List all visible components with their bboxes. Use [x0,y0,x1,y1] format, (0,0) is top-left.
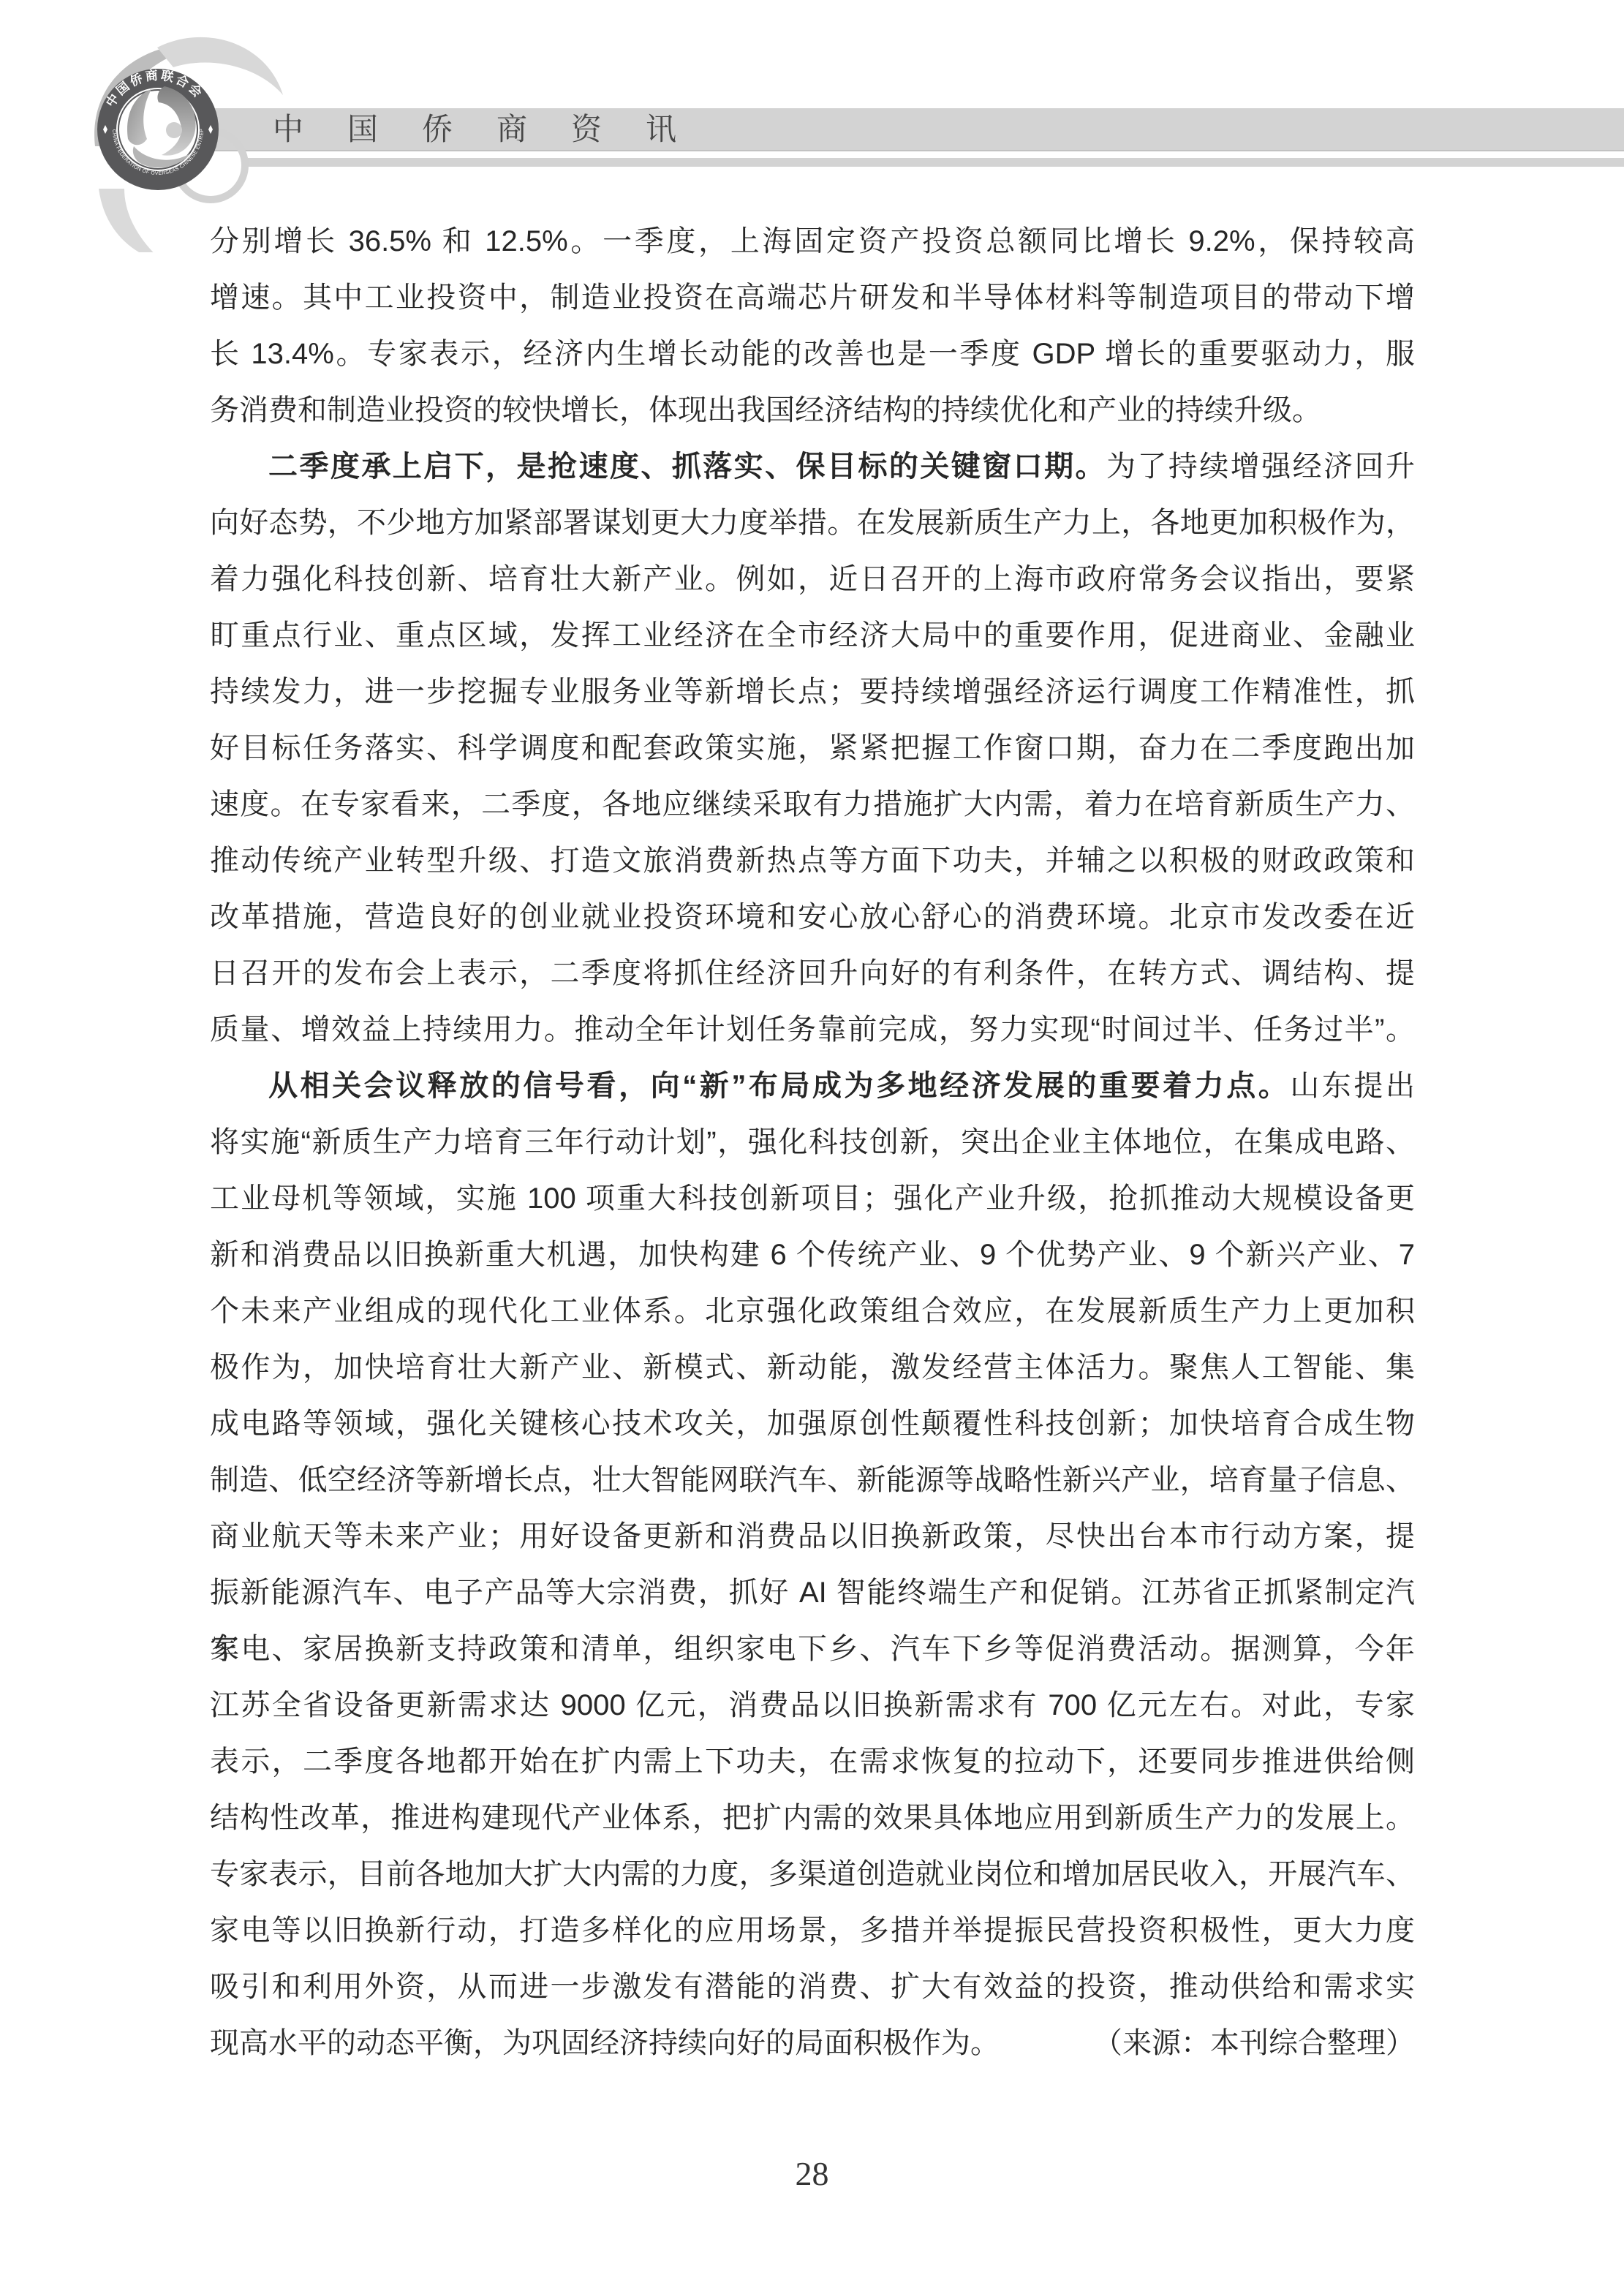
article-paragraph: 分别增长 36.5% 和 12.5%。一季度，上海固定资产投资总额同比增长 9.… [210,214,1415,439]
article-line: 盯重点行业、重点区域，发挥工业经济在全市经济大局中的重要作用，促进商业、金融业 [210,608,1415,664]
article-line: 专家表示，目前各地加大扩大内需的力度，多渠道创造就业岗位和增加居民收入，开展汽车… [210,1846,1415,1903]
article-line: 将实施“新质生产力培育三年行动计划”，强化科技创新，突出企业主体地位，在集成电路… [210,1114,1415,1171]
article-text: 长 13.4%。专家表示，经济内生增长动能的改善也是一季度 GDP 增长的重要驱… [210,338,1415,370]
article-text: 向好态势，不少地方加紧部署谋划更大力度举措。在发展新质生产力上，各地更加积极作为… [210,507,1415,539]
masthead-title: 中国侨商资讯 [273,108,720,150]
article-line: 家电、家居换新支持政策和清单，组织家电下乡、汽车下乡等促消费活动。据测算，今年 [210,1621,1415,1677]
article-line: 向好态势，不少地方加紧部署谋划更大力度举措。在发展新质生产力上，各地更加积极作为… [210,495,1415,551]
article-line: 表示，二季度各地都开始在扩内需上下功夫，在需求恢复的拉动下，还要同步推进供给侧 [210,1734,1415,1790]
article-text: 成电路等领域，强化关键核心技术攻关，加强原创性颠覆性科技创新；加快培育合成生物 [210,1408,1415,1440]
article-text: 分别增长 36.5% 和 12.5%。一季度，上海固定资产投资总额同比增长 9.… [210,225,1415,257]
article-text: 山东提出 [1290,1070,1415,1102]
article-text: 商业航天等未来产业；用好设备更新和消费品以旧换新政策，尽快出台本市行动方案，提 [210,1520,1415,1552]
article-text: 江苏全省设备更新需求达 9000 亿元，消费品以旧换新需求有 700 亿元左右。… [210,1689,1415,1721]
article-line: 好目标任务落实、科学调度和配套政策实施，紧紧把握工作窗口期，奋力在二季度跑出加 [210,720,1415,777]
article-line: 长 13.4%。专家表示，经济内生增长动能的改善也是一季度 GDP 增长的重要驱… [210,326,1415,382]
article-text: 制造、低空经济等新增长点，壮大智能网联汽车、新能源等战略性新兴产业，培育量子信息… [210,1464,1415,1496]
article-line: 商业航天等未来产业；用好设备更新和消费品以旧换新政策，尽快出台本市行动方案，提 [210,1509,1415,1565]
header-band-thin [245,158,1624,167]
article-line: 成电路等领域，强化关键核心技术攻关，加强原创性颠覆性科技创新；加快培育合成生物 [210,1396,1415,1452]
magazine-page: 中国侨商资讯 [0,0,1624,2272]
article-line: 增速。其中工业投资中，制造业投资在高端芯片研发和半导体材料等制造项目的带动下增 [210,270,1415,326]
article-text: 吸引和利用外资，从而进一步激发有潜能的消费、扩大有效益的投资，推动供给和需求实 [210,1971,1415,2003]
article-line: 极作为，加快培育壮大新产业、新模式、新动能，激发经营主体活力。聚焦人工智能、集 [210,1340,1415,1396]
article-line: 现高水平的动态平衡，为巩固经济持续向好的局面积极作为。（来源：本刊综合整理） [210,2015,1415,2072]
article-line: 日召开的发布会上表示，二季度将抓住经济回升向好的有利条件，在转方式、调结构、提 [210,946,1415,1002]
article-text: 速度。在专家看来，二季度，各地应继续采取有力措施扩大内需，着力在培育新质生产力、 [210,788,1415,820]
article-text: 日召开的发布会上表示，二季度将抓住经济回升向好的有利条件，在转方式、调结构、提 [210,957,1415,989]
article-paragraph: 从相关会议释放的信号看，向“新”布局成为多地经济发展的重要着力点。山东提出将实施… [210,1058,1415,2072]
article-text: 家电等以旧换新行动，打造多样化的应用场景，多措并举提振民营投资积极性，更大力度 [210,1914,1415,1947]
article-line: 新和消费品以旧换新重大机遇，加快构建 6 个传统产业、9 个优势产业、9 个新兴… [210,1227,1415,1283]
article-body: 分别增长 36.5% 和 12.5%。一季度，上海固定资产投资总额同比增长 9.… [210,214,1415,2072]
article-text-bold: 从相关会议释放的信号看，向“新”布局成为多地经济发展的重要着力点。 [268,1070,1290,1102]
article-line: 务消费和制造业投资的较快增长，体现出我国经济结构的持续优化和产业的持续升级。 [210,382,1415,439]
article-text: 家电、家居换新支持政策和清单，组织家电下乡、汽车下乡等促消费活动。据测算，今年 [210,1633,1415,1665]
article-text: 持续发力，进一步挖掘专业服务业等新增长点；要持续增强经济运行调度工作精准性，抓 [210,676,1415,708]
logo-petal-bottom [99,189,165,252]
article-text: 新和消费品以旧换新重大机遇，加快构建 6 个传统产业、9 个优势产业、9 个新兴… [210,1239,1415,1271]
article-line: 二季度承上启下，是抢速度、抓落实、保目标的关键窗口期。为了持续增强经济回升 [210,439,1415,495]
article-text: 推动传统产业转型升级、打造文旅消费新热点等方面下功夫，并辅之以积极的财政政策和 [210,845,1415,877]
article-text-bold: 二季度承上启下，是抢速度、抓落实、保目标的关键窗口期。 [268,450,1106,483]
article-text: 极作为，加快培育壮大新产业、新模式、新动能，激发经营主体活力。聚焦人工智能、集 [210,1351,1415,1384]
article-text: 为了持续增强经济回升 [1106,450,1415,483]
article-text: 好目标任务落实、科学调度和配套政策实施，紧紧把握工作窗口期，奋力在二季度跑出加 [210,732,1415,764]
article-text: 着力强化科技创新、培育壮大新产业。例如，近日召开的上海市政府常务会议指出，要紧 [210,563,1415,595]
article-text: 现高水平的动态平衡，为巩固经济持续向好的局面积极作为。 [210,2015,1000,2072]
article-text: 结构性改革，推进构建现代产业体系，把扩内需的效果具体地应用到新质生产力的发展上。 [210,1802,1415,1834]
article-line: 制造、低空经济等新增长点，壮大智能网联汽车、新能源等战略性新兴产业，培育量子信息… [210,1452,1415,1509]
article-text: 将实施“新质生产力培育三年行动计划”，强化科技创新，突出企业主体地位，在集成电路… [210,1126,1415,1158]
article-line: 持续发力，进一步挖掘专业服务业等新增长点；要持续增强经济运行调度工作精准性，抓 [210,664,1415,720]
article-text: 增速。其中工业投资中，制造业投资在高端芯片研发和半导体材料等制造项目的带动下增 [210,282,1415,314]
article-line: 速度。在专家看来，二季度，各地应继续采取有力措施扩大内需，着力在培育新质生产力、 [210,777,1415,833]
article-paragraph: 二季度承上启下，是抢速度、抓落实、保目标的关键窗口期。为了持续增强经济回升向好态… [210,439,1415,1058]
article-line: 从相关会议释放的信号看，向“新”布局成为多地经济发展的重要着力点。山东提出 [210,1058,1415,1114]
article-line: 推动传统产业转型升级、打造文旅消费新热点等方面下功夫，并辅之以积极的财政政策和 [210,833,1415,889]
article-line: 着力强化科技创新、培育壮大新产业。例如，近日召开的上海市政府常务会议指出，要紧 [210,551,1415,608]
article-text: 务消费和制造业投资的较快增长，体现出我国经济结构的持续优化和产业的持续升级。 [210,394,1321,426]
article-line: 改革措施，营造良好的创业就业投资环境和安心放心舒心的消费环境。北京市发改委在近 [210,889,1415,946]
article-text: 个未来产业组成的现代化工业体系。北京强化政策组合效应，在发展新质生产力上更加积 [210,1295,1415,1327]
logo-flower-center [166,122,182,138]
article-line: 振新能源汽车、电子产品等大宗消费，抓好 AI 智能终端生产和促销。江苏省正抓紧制… [210,1565,1415,1621]
article-line: 吸引和利用外资，从而进一步激发有潜能的消费、扩大有效益的投资，推动供给和需求实 [210,1959,1415,2015]
article-text: 改革措施，营造良好的创业就业投资环境和安心放心舒心的消费环境。北京市发改委在近 [210,901,1415,933]
article-text: 表示，二季度各地都开始在扩内需上下功夫，在需求恢复的拉动下，还要同步推进供给侧 [210,1745,1415,1778]
article-text: 专家表示，目前各地加大扩大内需的力度，多渠道创造就业岗位和增加居民收入，开展汽车… [210,1858,1415,1890]
source-attribution: （来源：本刊综合整理） [1093,2015,1415,2072]
article-text: 工业母机等领域，实施 100 项重大科技创新项目；强化产业升级，抢抓推动大规模设… [210,1182,1415,1215]
article-line: 质量、增效益上持续用力。推动全年计划任务靠前完成，努力实现“时间过半、任务过半”… [210,1002,1415,1058]
article-text: 盯重点行业、重点区域，发挥工业经济在全市经济大局中的重要作用，促进商业、金融业 [210,619,1415,652]
article-line: 工业母机等领域，实施 100 项重大科技创新项目；强化产业升级，抢抓推动大规模设… [210,1171,1415,1227]
article-line: 分别增长 36.5% 和 12.5%。一季度，上海固定资产投资总额同比增长 9.… [210,214,1415,270]
article-text: 质量、增效益上持续用力。推动全年计划任务靠前完成，努力实现“时间过半、任务过半”… [210,1014,1415,1046]
page-number: 28 [0,2154,1624,2193]
article-line: 江苏全省设备更新需求达 9000 亿元，消费品以旧换新需求有 700 亿元左右。… [210,1677,1415,1734]
article-line: 结构性改革，推进构建现代产业体系，把扩内需的效果具体地应用到新质生产力的发展上。 [210,1790,1415,1846]
article-line: 个未来产业组成的现代化工业体系。北京强化政策组合效应，在发展新质生产力上更加积 [210,1283,1415,1340]
article-line: 家电等以旧换新行动，打造多样化的应用场景，多措并举提振民营投资积极性，更大力度 [210,1903,1415,1959]
